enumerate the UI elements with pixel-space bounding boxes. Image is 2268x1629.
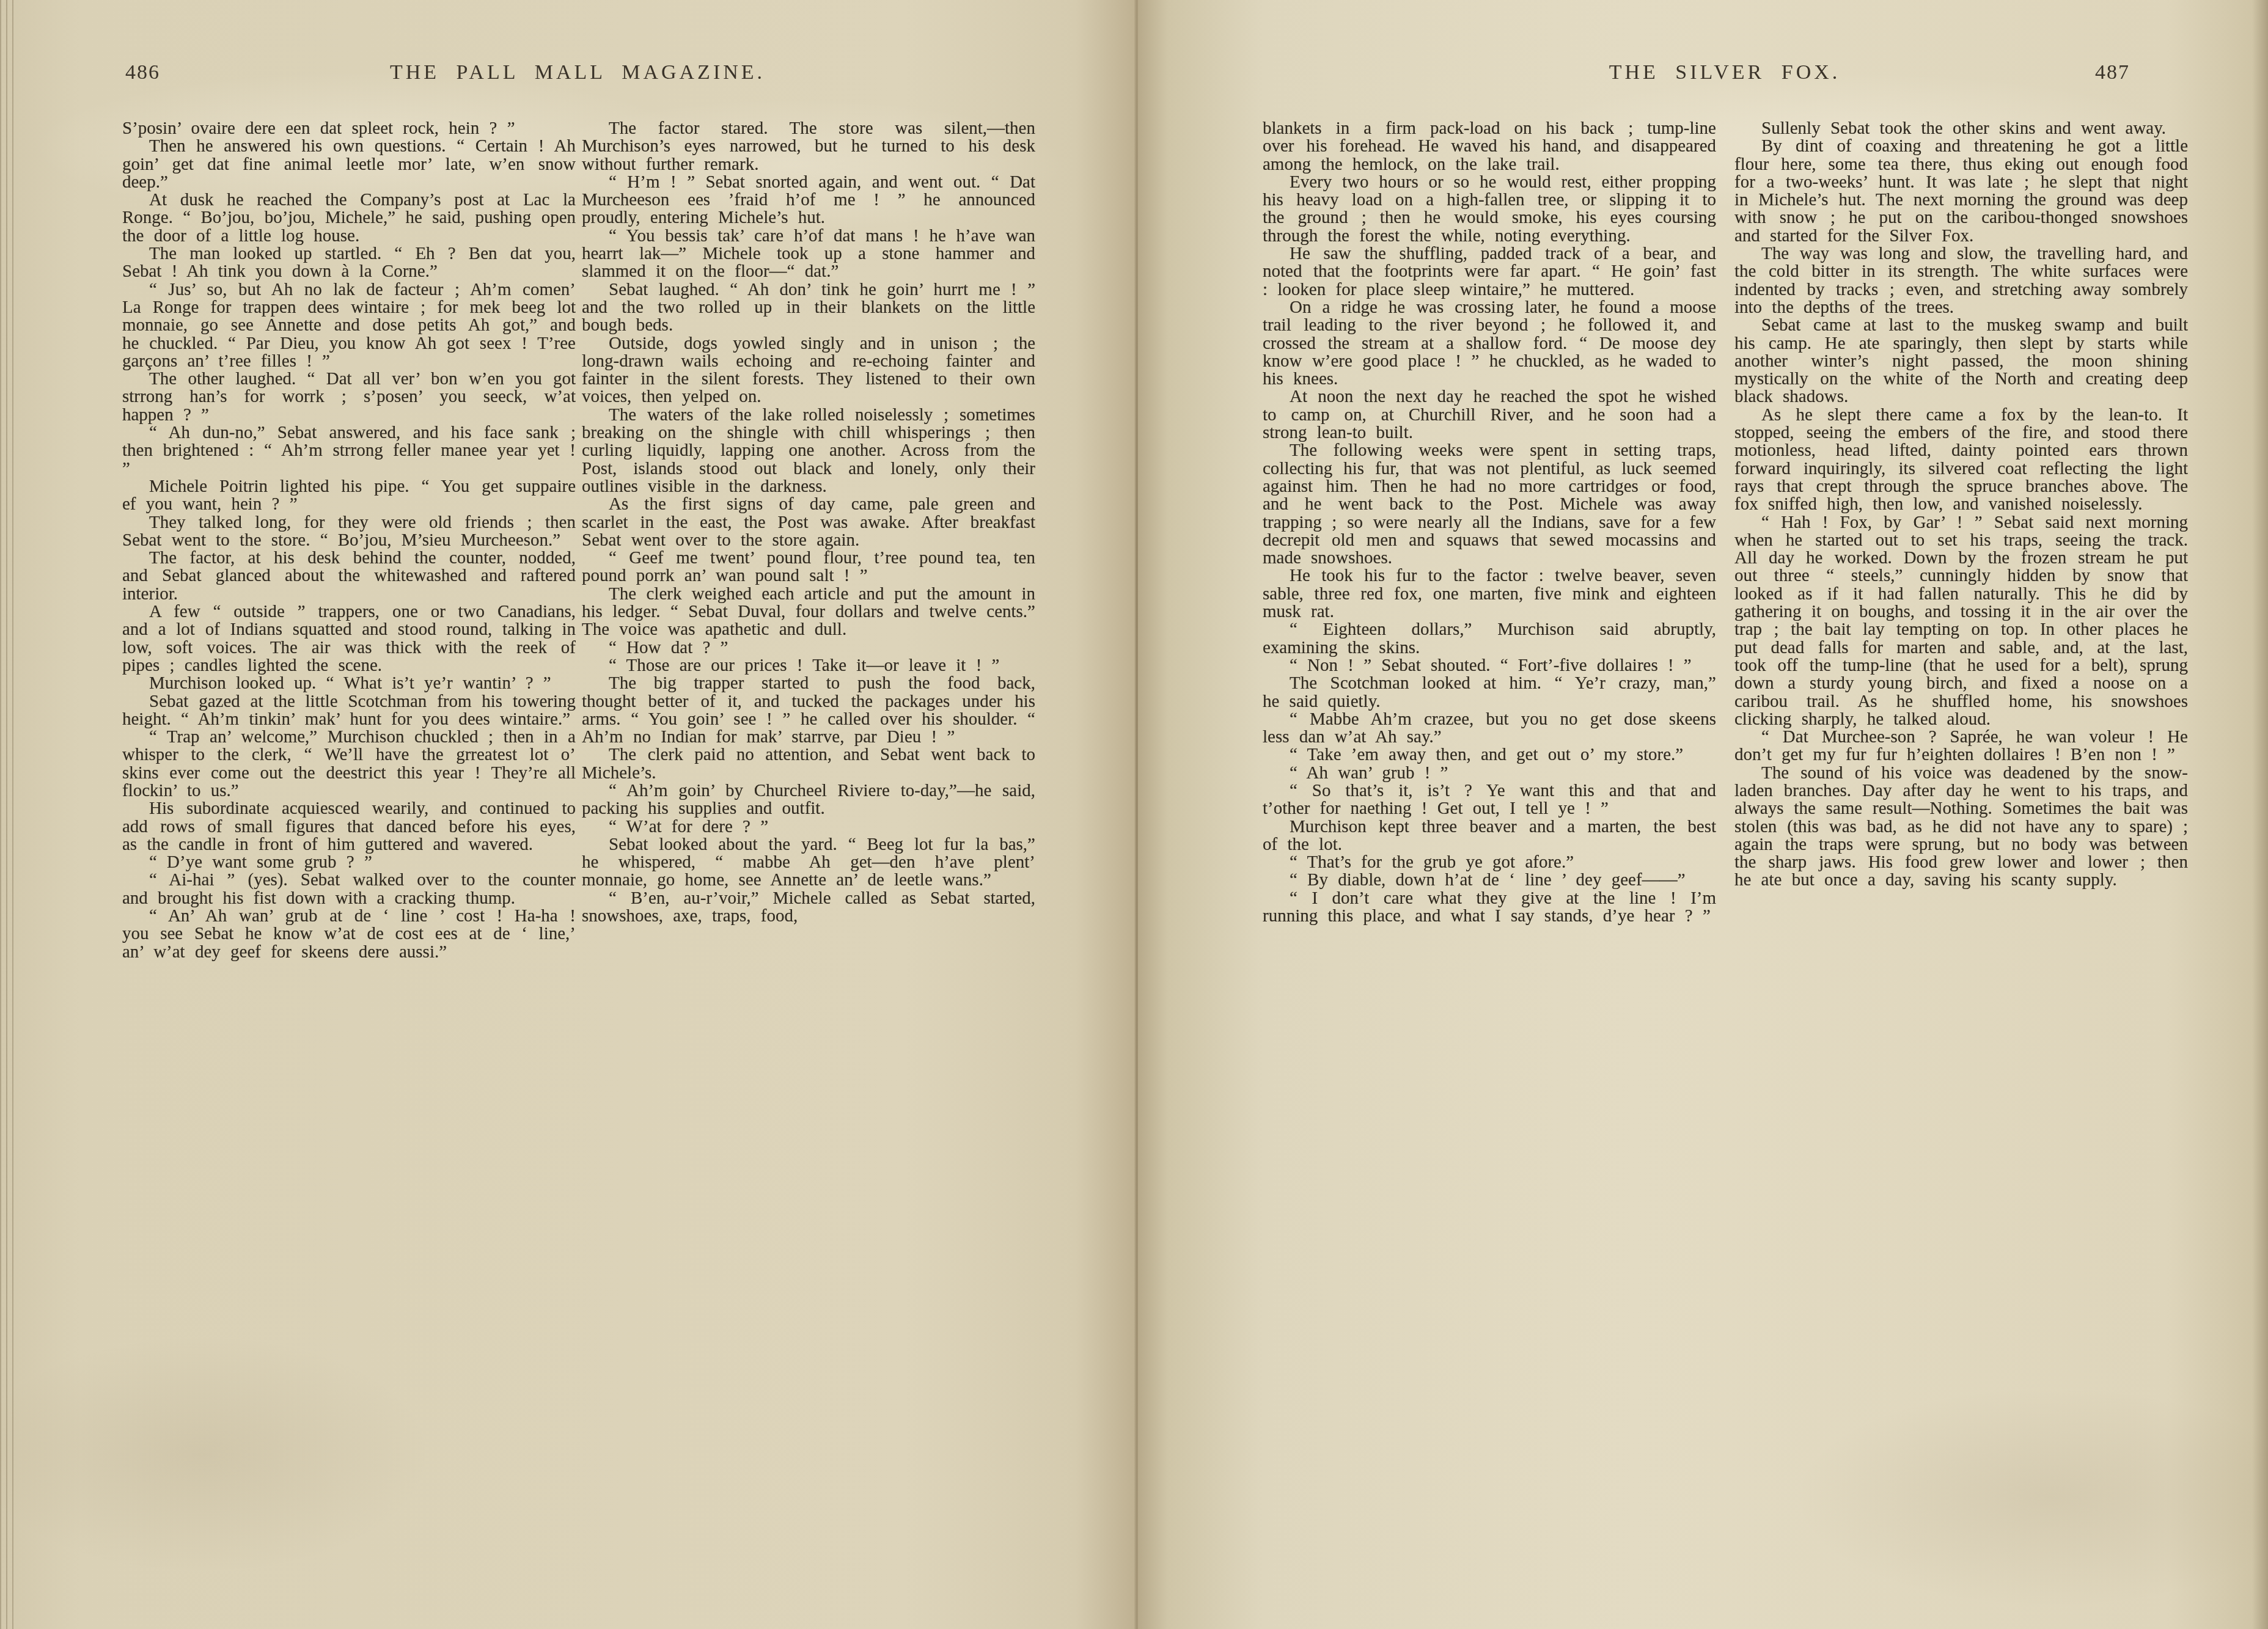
paragraph: “ You bessis tak’ care h’of dat mans ! h… [582,227,1035,281]
paragraph: “ Ah dun-no,” Sebat answered, and his fa… [122,424,576,478]
paragraph: blankets in a firm pack-load on his back… [1263,120,1716,174]
paragraph: “ Jus’ so, but Ah no lak de facteur ; Ah… [122,281,576,370]
paragraph: He saw the shuffling, padded track of a … [1263,245,1716,299]
paragraph: “ An’ Ah wan’ grub at de ‘ line ’ cost !… [122,907,576,961]
paragraph: S’posin’ ovaire dere een dat spleet rock… [122,120,576,137]
paragraph: “ How dat ? ” [582,639,1035,657]
paragraph: As he slept there came a fox by the lean… [1734,406,2188,514]
paragraph: “ Ah wan’ grub ! ” [1263,764,1716,782]
paragraph: “ Trap an’ welcome,” Murchison chuckled … [122,728,576,800]
paragraph: “ Dat Murchee-son ? Saprée, he wan voleu… [1734,728,2188,764]
paragraph: “ By diable, down h’at de ‘ line ’ dey g… [1263,871,1716,889]
paragraph: As the first signs of day came, pale gre… [582,496,1035,549]
paragraph: On a ridge he was crossing later, he fou… [1263,299,1716,388]
paragraph: The Scotchman looked at him. “ Ye’r craz… [1263,675,1716,711]
left-running-title: THE PALL MALL MAGAZINE. [122,61,1033,84]
right-page-header: THE SILVER FOX. [1263,61,2187,98]
paragraph: Outside, dogs yowled singly and in uniso… [582,335,1035,406]
paragraph: “ That’s for the grub ye got afore.” [1263,854,1716,871]
paragraph: The factor stared. The store was silent,… [582,120,1035,174]
paragraph: He took his fur to the factor : twelve b… [1263,567,1716,621]
paragraph: “ I don’t care what they give at the lin… [1263,890,1716,926]
paragraph: The way was long and slow, the travellin… [1734,245,2188,317]
paragraph: Murchison kept three beaver and a marten… [1263,818,1716,854]
paragraph: The waters of the lake rolled noiselessl… [582,406,1035,496]
paragraph: “ D’ye want some grub ? ” [122,854,576,871]
paragraph: The big trapper started to push the food… [582,675,1035,746]
paragraph: Sullenly Sebat took the other skins and … [1734,120,2188,137]
paragraph: “ Non ! ” Sebat shouted. “ Fort’-five do… [1263,657,1716,675]
paragraph: Sebat gazed at the little Scotchman from… [122,693,576,729]
text-column-2: The factor stared. The store was silent,… [582,120,1035,925]
paragraph: Michele Poitrin lighted his pipe. “ You … [122,478,576,514]
paragraph: “ W’at for dere ? ” [582,818,1035,836]
left-page-header: THE PALL MALL MAGAZINE. [122,61,1033,98]
text-column-4: Sullenly Sebat took the other skins and … [1734,120,2188,890]
paragraph: The factor, at his desk behind the count… [122,549,576,603]
book-spread: 486 THE PALL MALL MAGAZINE. THE SILVER F… [0,0,2268,1629]
paragraph: “ H’m ! ” Sebat snorted again, and went … [582,174,1035,227]
paragraph: Sebat looked about the yard. “ Beeg lot … [582,836,1035,890]
paragraph: “ So that’s it, is’t ? Ye want this and … [1263,782,1716,818]
right-running-title: THE SILVER FOX. [1263,61,2187,84]
paragraph: They talked long, for they were old frie… [122,514,576,550]
paragraph: “ Geef me twent’ pound flour, t’ree poun… [582,549,1035,585]
paragraph: “ Ah’m goin’ by Churcheel Riviere to-day… [582,782,1035,818]
paragraph: The clerk weighed each article and put t… [582,585,1035,639]
paragraph: “ B’en, au-r’voir,” Michele called as Se… [582,890,1035,926]
paragraph: At noon the next day he reached the spot… [1263,388,1716,442]
text-column-1: S’posin’ ovaire dere een dat spleet rock… [122,120,576,961]
paragraph: At dusk he reached the Company’s post at… [122,191,576,245]
paragraph: Then he answered his own questions. “ Ce… [122,137,576,191]
right-page-edge-shade [2252,0,2268,1629]
paragraph: “ Ai-hai ” (yes). Sebat walked over to t… [122,871,576,907]
paragraph: Sebat came at last to the muskeg swamp a… [1734,317,2188,406]
paragraph: The other laughed. “ Dat all ver’ bon w’… [122,370,576,424]
gutter-fold [1136,0,1138,1629]
paragraph: A few “ outside ” trappers, one or two C… [122,603,576,675]
paragraph: Every two hours or so he would rest, eit… [1263,174,1716,245]
paragraph: Sebat laughed. “ Ah don’ tink he goin’ h… [582,281,1035,335]
paragraph: “ Those are our prices ! Take it—or leav… [582,657,1035,675]
paragraph: The following weeks were spent in settin… [1263,442,1716,567]
text-column-3: blankets in a firm pack-load on his back… [1263,120,1716,925]
paragraph: By dint of coaxing and threatening he go… [1734,137,2188,245]
paragraph: “ Take ’em away then, and get out o’ my … [1263,746,1716,764]
page-number-right: 487 [2095,61,2130,84]
paragraph: His subordinate acquiesced wearily, and … [122,800,576,854]
page-edge-lines [0,0,18,1629]
paragraph: “ Eighteen dollars,” Murchison said abru… [1263,621,1716,657]
paragraph: “ Mabbe Ah’m crazee, but you no get dose… [1263,711,1716,747]
paragraph: The man looked up startled. “ Eh ? Ben d… [122,245,576,281]
paragraph: The clerk paid no attention, and Sebat w… [582,746,1035,782]
paragraph: Murchison looked up. “ What is’t ye’r wa… [122,675,576,692]
paragraph: The sound of his voice was deadened by t… [1734,764,2188,890]
paragraph: “ Hah ! Fox, by Gar’ ! ” Sebat said next… [1734,514,2188,729]
